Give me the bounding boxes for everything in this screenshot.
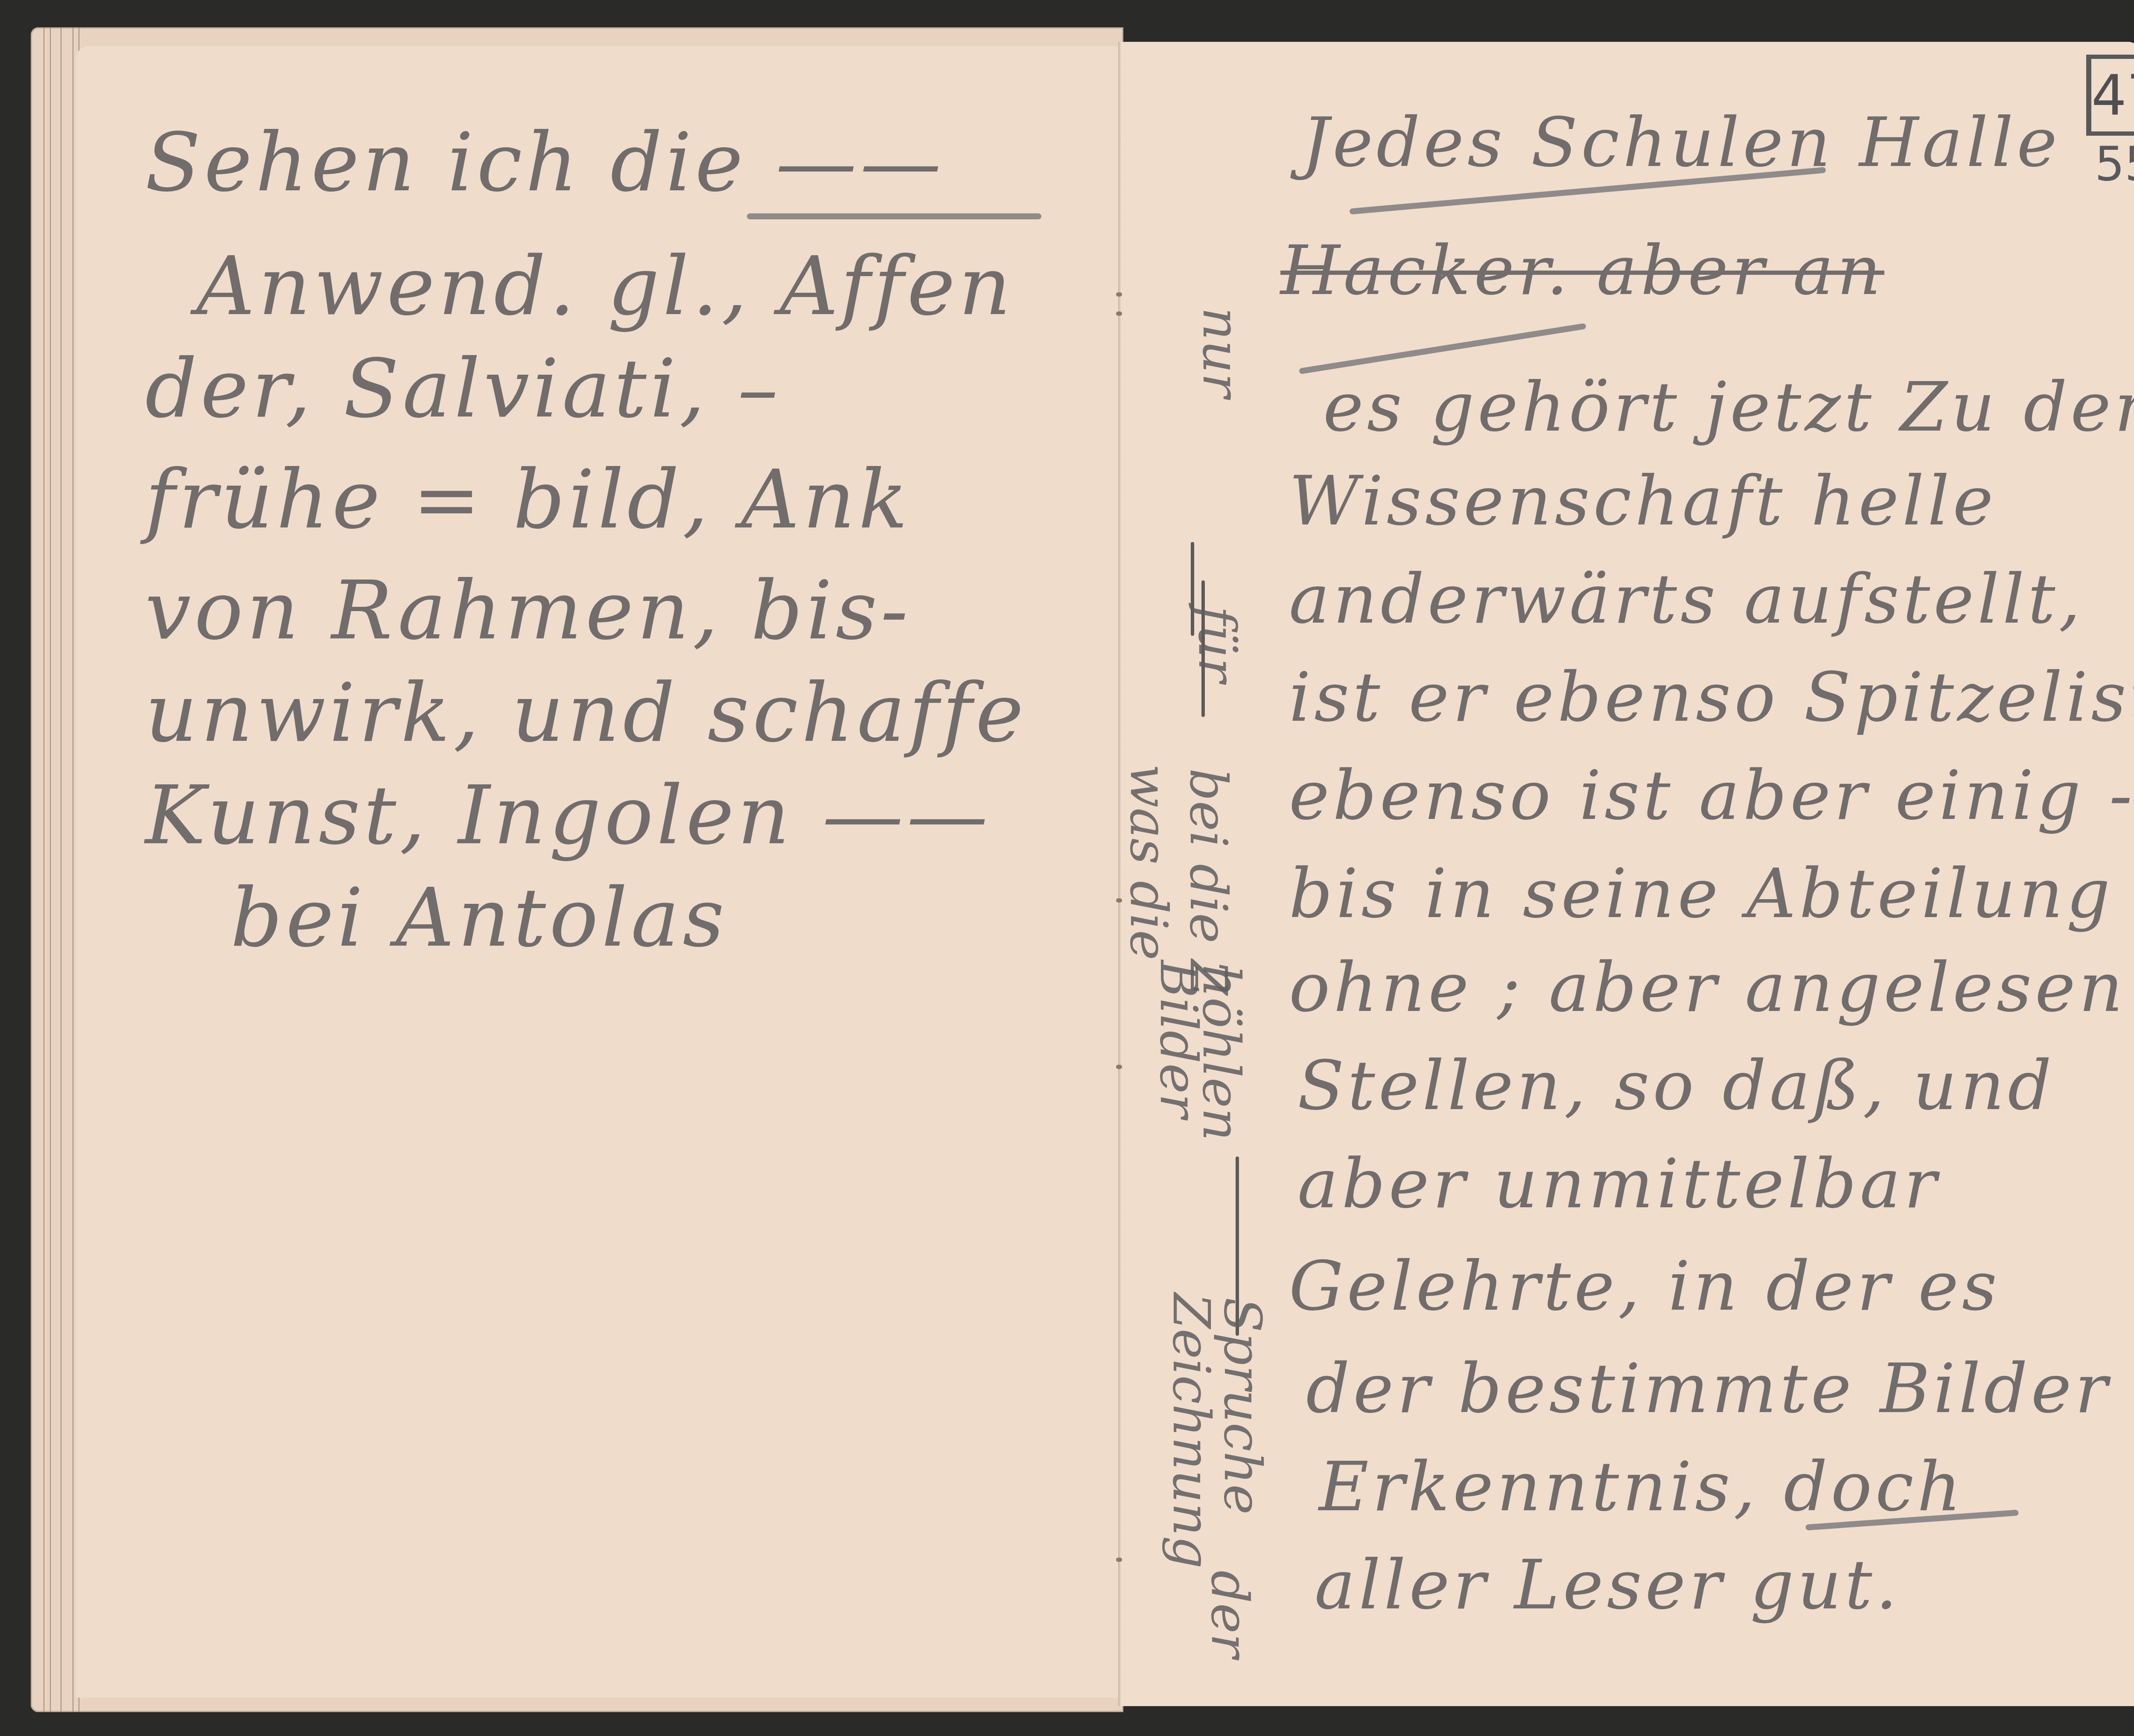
margin-note: Spruche xyxy=(1213,1297,1272,1515)
handwritten-line: Sehen ich die —— xyxy=(145,115,945,210)
handwritten-line: frühe = bild, Ank xyxy=(145,452,911,547)
stitch-point xyxy=(1116,292,1122,297)
margin-note: der xyxy=(1200,1570,1259,1658)
handwritten-line: Hacker. aber an xyxy=(1280,230,1884,310)
pencil-dash xyxy=(747,213,1041,219)
handwritten-line: Kunst, Ingolen —— xyxy=(145,768,991,862)
handwritten-line: anderwärts aufstellt, xyxy=(1289,559,2084,639)
handwritten-line: es gehört jetzt Zu der xyxy=(1323,367,2134,447)
handwritten-line: bei Antolas xyxy=(230,871,728,965)
handwritten-line: Erkenntnis, doch xyxy=(1319,1447,1965,1526)
handwritten-line: unwirk, und schaffe xyxy=(145,666,1027,760)
folio-number: 55 xyxy=(2095,137,2134,191)
handwritten-line: bis in seine Abteilung xyxy=(1289,853,2114,933)
page-edge-line xyxy=(73,27,73,1712)
margin-note: Bilder xyxy=(1149,960,1208,1118)
handwritten-line: von Rahmen, bis- xyxy=(145,563,911,658)
boxed-page-number: 47 xyxy=(2086,55,2134,136)
handwritten-line: aber unmittelbar xyxy=(1297,1144,1940,1223)
stitch-point xyxy=(1116,312,1122,316)
margin-note: was die xyxy=(1119,764,1178,960)
margin-note: für xyxy=(1187,606,1246,682)
handwritten-line: Stellen, so daß, und xyxy=(1297,1046,2055,1125)
handwritten-line: der, Salviati, – xyxy=(145,341,781,436)
handwritten-line: Anwend. gl., Affen xyxy=(196,239,1014,333)
handwritten-line: Wissenschaft helle xyxy=(1289,461,1997,541)
stitch-point xyxy=(1116,1065,1122,1069)
stitch-point xyxy=(1116,1558,1122,1562)
handwritten-line: ist er ebenso Spitzeliste xyxy=(1289,657,2134,737)
handwritten-line: Gelehrte, in der es xyxy=(1289,1246,2000,1326)
handwritten-line: aller Leser gut. xyxy=(1315,1545,1901,1625)
margin-note: nur xyxy=(1191,307,1251,398)
page-edge-line xyxy=(44,27,44,1712)
margin-note: Zeichnung xyxy=(1161,1293,1221,1569)
handwritten-line: der bestimmte Bilder xyxy=(1306,1349,2111,1428)
handwritten-line: Jedes Schulen Halle xyxy=(1302,102,2061,182)
handwritten-line: ohne ; aber angelesen xyxy=(1289,947,2126,1027)
handwritten-line: ebenso ist aber einig - xyxy=(1289,755,2134,835)
page-edge-line xyxy=(61,27,61,1712)
page-edge-line xyxy=(50,27,51,1712)
